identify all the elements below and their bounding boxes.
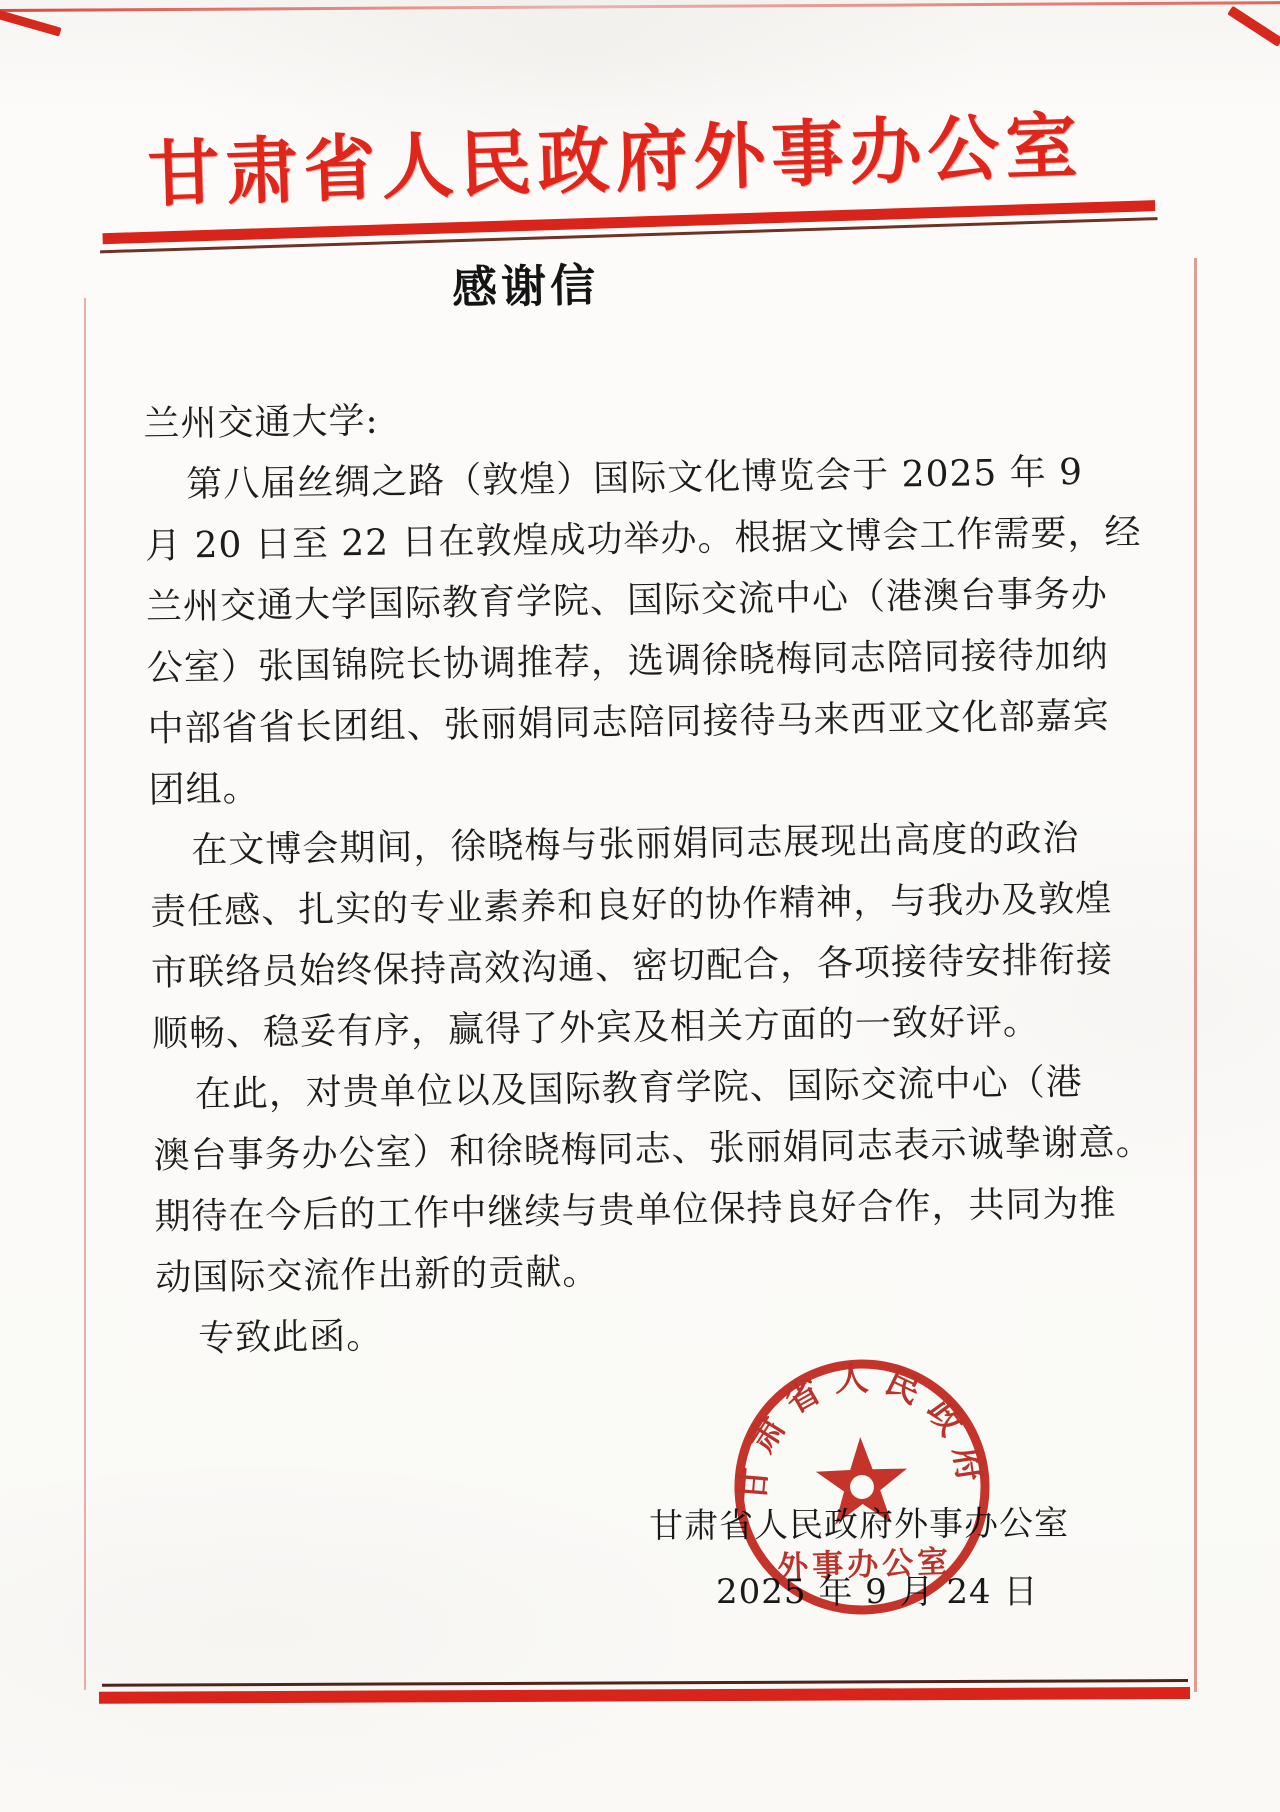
letterhead-org-name: 甘肃省人民政府外事办公室 — [147, 109, 1085, 210]
page-right-edge-line — [1194, 258, 1197, 1692]
closing-line: 专致此函。 — [156, 1295, 1167, 1370]
page-left-edge-line — [84, 298, 86, 1690]
letter-title: 感谢信 — [451, 249, 599, 317]
seal-bottom-text: 外事办公室 — [777, 1544, 953, 1586]
footer-rule-dark — [102, 1679, 1188, 1687]
letter-page: 甘肃省人民政府外事办公室 感谢信 兰州交通大学: 第八届丝绸之路（敦煌）国际文化… — [0, 0, 1280, 1812]
letterhead: 甘肃省人民政府外事办公室 — [0, 0, 1280, 303]
footer-rule-red — [99, 1687, 1190, 1704]
letter-body: 兰州交通大学: 第八届丝绸之路（敦煌）国际文化博览会于 2025 年 9 月 2… — [143, 380, 1167, 1370]
official-seal-stamp: 甘肃省人民政府 外事办公室 — [717, 1342, 1007, 1632]
